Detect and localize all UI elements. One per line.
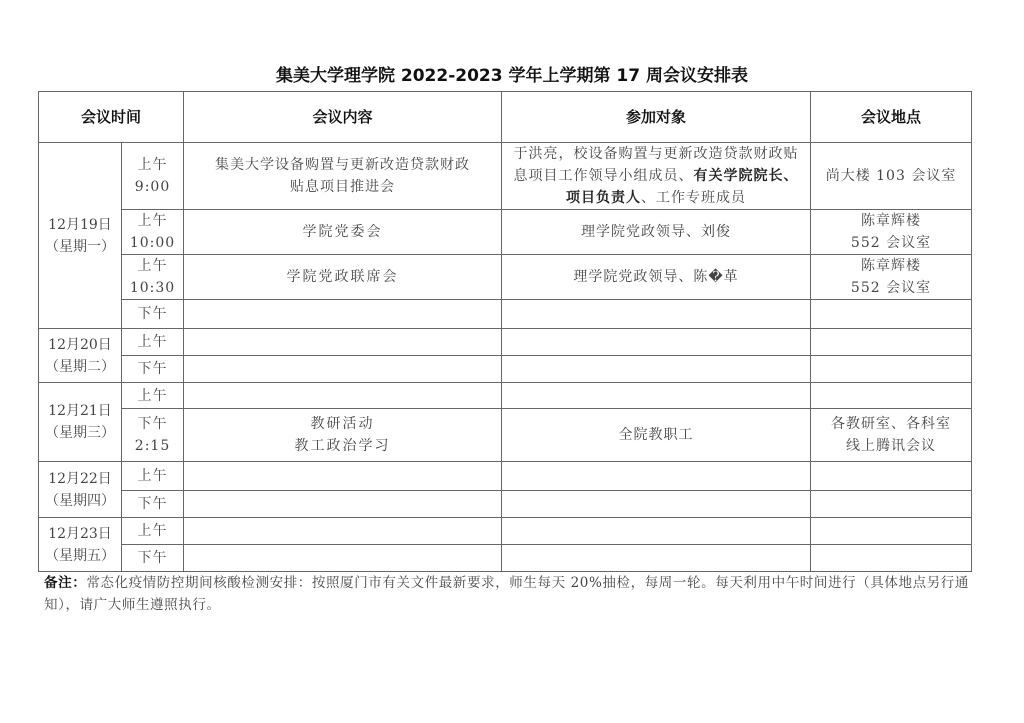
- time-cell: 上午 9:00: [122, 143, 184, 210]
- location-cell: [811, 545, 972, 572]
- time-cell: 上午 10:00: [122, 210, 184, 255]
- content-line: 贴息项目推进会: [184, 176, 501, 198]
- attendees-cell: [502, 491, 811, 518]
- footnote-label: 备注：: [44, 575, 86, 591]
- table-row: 上午 10:30 学院党政联席会 理学院党政领导、陈�革 陈章辉楼 552 会议…: [39, 255, 972, 300]
- header-attendees: 参加对象: [502, 92, 811, 143]
- table-row: 上午 10:00 学院党委会 理学院党政领导、刘俊 陈章辉楼 552 会议室: [39, 210, 972, 255]
- content-cell: 教研活动 教工政治学习: [184, 409, 502, 462]
- content-cell: [184, 491, 502, 518]
- location-line: 陈章辉楼: [811, 210, 971, 232]
- time: 10:30: [122, 277, 183, 299]
- attendees-cell: [502, 383, 811, 409]
- date: 12月23日: [39, 523, 121, 545]
- location-cell: 各教研室、各科室 线上腾讯会议: [811, 409, 972, 462]
- period: 上午: [122, 210, 183, 232]
- content-cell: [184, 356, 502, 383]
- location-cell: [811, 329, 972, 356]
- attendees-cell: 理学院党政领导、刘俊: [502, 210, 811, 255]
- date-cell: 12月23日 （星期五）: [39, 518, 122, 572]
- content-cell: [184, 329, 502, 356]
- location-cell: 陈章辉楼 552 会议室: [811, 255, 972, 300]
- time-cell: 下午: [122, 491, 184, 518]
- period: 上午: [122, 520, 183, 542]
- location-line: 线上腾讯会议: [811, 435, 971, 457]
- time-cell: 上午: [122, 462, 184, 491]
- period: 下午: [122, 547, 183, 569]
- attendees-cell: 全院教职工: [502, 409, 811, 462]
- weekday: （星期二）: [39, 356, 121, 378]
- header-row: 会议时间 会议内容 参加对象 会议地点: [39, 92, 972, 143]
- period: 下午: [122, 413, 183, 435]
- content-cell: [184, 300, 502, 329]
- period: 上午: [122, 465, 183, 487]
- time-cell: 下午: [122, 356, 184, 383]
- attendees-cell: [502, 329, 811, 356]
- location-line: 552 会议室: [811, 232, 971, 254]
- location-cell: 陈章辉楼 552 会议室: [811, 210, 972, 255]
- attendees-tail-text: 、工作专班成员: [641, 190, 746, 206]
- table-row: 下午 2:15 教研活动 教工政治学习 全院教职工 各教研室、各科室 线上腾讯会…: [39, 409, 972, 462]
- table-row: 下午: [39, 545, 972, 572]
- time-cell: 下午: [122, 300, 184, 329]
- date: 12月22日: [39, 468, 121, 490]
- time-cell: 上午: [122, 383, 184, 409]
- date-cell: 12月21日 （星期三）: [39, 383, 122, 462]
- date: 12月21日: [39, 400, 121, 422]
- date-cell: 12月19日 （星期一）: [39, 143, 122, 329]
- date: 12月19日: [39, 214, 121, 236]
- time: 2:15: [122, 435, 183, 457]
- table-row: 12月19日 （星期一） 上午 9:00 集美大学设备购置与更新改造贷款财政 贴…: [39, 143, 972, 210]
- time: 9:00: [122, 176, 183, 198]
- page-title: 集美大学理学院 2022-2023 学年上学期第 17 周会议安排表: [0, 61, 1024, 86]
- weekday: （星期五）: [39, 545, 121, 567]
- table-row: 12月21日 （星期三） 上午: [39, 383, 972, 409]
- weekday: （星期四）: [39, 490, 121, 512]
- time-cell: 下午 2:15: [122, 409, 184, 462]
- header-content: 会议内容: [184, 92, 502, 143]
- weekday: （星期一）: [39, 236, 121, 258]
- content-cell: 学院党委会: [184, 210, 502, 255]
- content-cell: [184, 545, 502, 572]
- attendees-cell: [502, 518, 811, 545]
- location-cell: [811, 491, 972, 518]
- footnote: 备注：常态化疫情防控期间核酸检测安排：按照厦门市有关文件最新要求，师生每天 20…: [44, 572, 978, 616]
- time-cell: 上午 10:30: [122, 255, 184, 300]
- table-row: 下午: [39, 491, 972, 518]
- content-line: 教工政治学习: [184, 435, 501, 457]
- location-cell: [811, 383, 972, 409]
- location-line: 552 会议室: [811, 277, 971, 299]
- content-line: 教研活动: [184, 413, 501, 435]
- location-line: 尚大楼 103 会议室: [811, 165, 971, 187]
- location-cell: [811, 462, 972, 491]
- content-line: 学院党政联席会: [184, 266, 501, 288]
- table-row: 下午: [39, 356, 972, 383]
- period: 上午: [122, 385, 183, 407]
- location-line: 各教研室、各科室: [811, 413, 971, 435]
- period: 上午: [122, 154, 183, 176]
- attendees-text: 全院教职工: [619, 427, 694, 443]
- attendees-cell: [502, 462, 811, 491]
- location-line: 陈章辉楼: [811, 255, 971, 277]
- attendees-text: 理学院党政领导、陈�革: [573, 269, 738, 285]
- content-cell: [184, 518, 502, 545]
- time-cell: 下午: [122, 545, 184, 572]
- date-cell: 12月22日 （星期四）: [39, 462, 122, 518]
- footnote-text: 常态化疫情防控期间核酸检测安排：按照厦门市有关文件最新要求，师生每天 20%抽检…: [44, 575, 969, 613]
- weekday: （星期三）: [39, 422, 121, 444]
- table-row: 下午: [39, 300, 972, 329]
- time-cell: 上午: [122, 518, 184, 545]
- period: 下午: [122, 358, 183, 380]
- content-line: 集美大学设备购置与更新改造贷款财政: [184, 154, 501, 176]
- period: 上午: [122, 331, 183, 353]
- meeting-schedule-table: 会议时间 会议内容 参加对象 会议地点 12月19日 （星期一） 上午 9:00…: [38, 91, 972, 572]
- header-time: 会议时间: [39, 92, 184, 143]
- attendees-cell: [502, 545, 811, 572]
- date-cell: 12月20日 （星期二）: [39, 329, 122, 383]
- location-cell: [811, 356, 972, 383]
- header-location: 会议地点: [811, 92, 972, 143]
- table-row: 12月20日 （星期二） 上午: [39, 329, 972, 356]
- content-cell: [184, 462, 502, 491]
- attendees-cell: 于洪亮，校设备购置与更新改造贷款财政贴息项目工作领导小组成员、有关学院院长、项目…: [502, 143, 811, 210]
- attendees-cell: [502, 300, 811, 329]
- time: 10:00: [122, 232, 183, 254]
- period: 上午: [122, 255, 183, 277]
- content-cell: [184, 383, 502, 409]
- attendees-cell: 理学院党政领导、陈�革: [502, 255, 811, 300]
- attendees-text: 理学院党政领导、刘俊: [581, 224, 731, 240]
- table-row: 12月22日 （星期四） 上午: [39, 462, 972, 491]
- location-cell: [811, 518, 972, 545]
- location-cell: 尚大楼 103 会议室: [811, 143, 972, 210]
- date: 12月20日: [39, 334, 121, 356]
- content-line: 学院党委会: [184, 221, 501, 243]
- time-cell: 上午: [122, 329, 184, 356]
- table-row: 12月23日 （星期五） 上午: [39, 518, 972, 545]
- content-cell: 学院党政联席会: [184, 255, 502, 300]
- period: 下午: [122, 493, 183, 515]
- attendees-cell: [502, 356, 811, 383]
- period: 下午: [122, 303, 183, 325]
- location-cell: [811, 300, 972, 329]
- content-cell: 集美大学设备购置与更新改造贷款财政 贴息项目推进会: [184, 143, 502, 210]
